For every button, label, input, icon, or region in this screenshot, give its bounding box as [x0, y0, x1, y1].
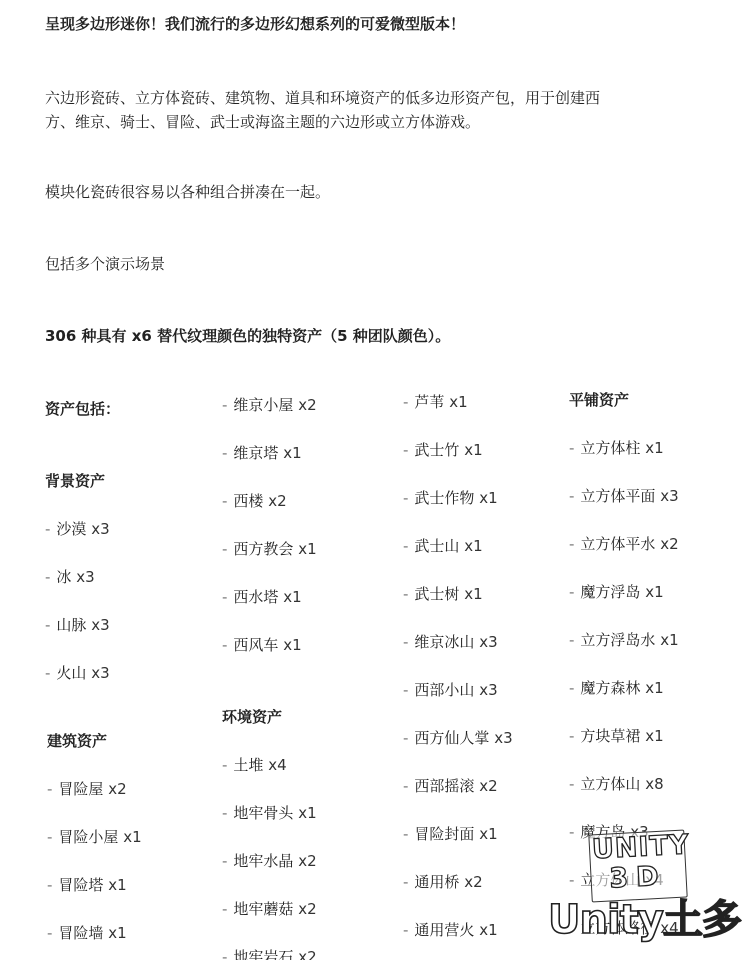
- description-line-1: 六边形瓷砖、立方体瓷砖、建筑物、道具和环境资产的低多边形资产包，用于创建西: [45, 85, 600, 112]
- list-item: -武士作物 x1: [403, 487, 498, 509]
- list-item: -西部摇滚 x2: [403, 775, 498, 797]
- list-item: -山脉 x3: [45, 614, 110, 636]
- list-item: -西楼 x2: [222, 490, 287, 512]
- list-item: -芦苇 x1: [403, 391, 468, 413]
- asset-summary: 306 种具有 x6 替代纹理颜色的独特资产（5 种团队颜色）。: [45, 323, 450, 350]
- list-item: -冒险塔 x1: [47, 874, 127, 896]
- list-item: -维京小屋 x2: [222, 394, 317, 416]
- assets-intro-label: 资产包括：: [45, 398, 120, 420]
- list-item: -魔方岛 x3: [569, 821, 649, 843]
- background-assets-heading: 背景资产: [45, 470, 105, 492]
- list-item: -魔方浮岛 x1: [569, 581, 664, 603]
- list-item: -立方体柱 x1: [569, 437, 664, 459]
- list-item: -火山 x3: [45, 662, 110, 684]
- list-item: -维京塔 x1: [222, 442, 302, 464]
- list-item: -地牢岩石 x2: [222, 946, 317, 960]
- description-line-2: 方、维京、骑士、冒险、武士或海盗主题的六边形或立方体游戏。: [45, 109, 480, 136]
- list-item: -方块草裙 x1: [569, 725, 664, 747]
- list-item: -地牢水晶 x2: [222, 850, 317, 872]
- list-item: -冒险小屋 x1: [47, 826, 142, 848]
- demo-scenes-text: 包括多个演示场景: [45, 251, 165, 278]
- list-item: -武士树 x1: [403, 583, 483, 605]
- list-item: -西方教会 x1: [222, 538, 317, 560]
- list-item: -西方仙人掌 x3: [403, 727, 513, 749]
- tile-assets-heading: 平铺资产: [569, 389, 629, 411]
- list-item: -沙漠 x3: [45, 518, 110, 540]
- list-item: -立方浮岛水 x1: [569, 629, 679, 651]
- list-item: -立方体山 x8: [569, 773, 664, 795]
- list-item: -土堆 x4: [222, 754, 287, 776]
- list-item: -立方体路径 x4: [569, 917, 679, 939]
- list-item: -冒险屋 x2: [47, 778, 127, 800]
- list-item: -通用桥 x2: [403, 871, 483, 893]
- list-item: -立方体平水 x2: [569, 533, 679, 555]
- list-item: -武士竹 x1: [403, 439, 483, 461]
- list-item: -通用营火 x1: [403, 919, 498, 941]
- list-item: -维京冰山 x3: [403, 631, 498, 653]
- list-item: -西风车 x1: [222, 634, 302, 656]
- headline: 呈现多边形迷你！我们流行的多边形幻想系列的可爱微型版本！: [45, 11, 465, 38]
- building-assets-heading: 建筑资产: [47, 730, 107, 752]
- list-item: -立方体平面 x3: [569, 485, 679, 507]
- list-item: -冰 x3: [45, 566, 95, 588]
- list-item: -魔方森林 x1: [569, 677, 664, 699]
- list-item: -冒险墙 x1: [47, 922, 127, 944]
- list-item: -武士山 x1: [403, 535, 483, 557]
- list-item: -西水塔 x1: [222, 586, 302, 608]
- modular-text: 模块化瓷砖很容易以各种组合拼凑在一起。: [45, 179, 330, 206]
- list-item: -地牢蘑菇 x2: [222, 898, 317, 920]
- environment-assets-heading: 环境资产: [222, 706, 282, 728]
- list-item: -冒险封面 x1: [403, 823, 498, 845]
- list-item: -立方体山 x4: [569, 869, 664, 891]
- list-item: -地牢骨头 x1: [222, 802, 317, 824]
- list-item: -西部小山 x3: [403, 679, 498, 701]
